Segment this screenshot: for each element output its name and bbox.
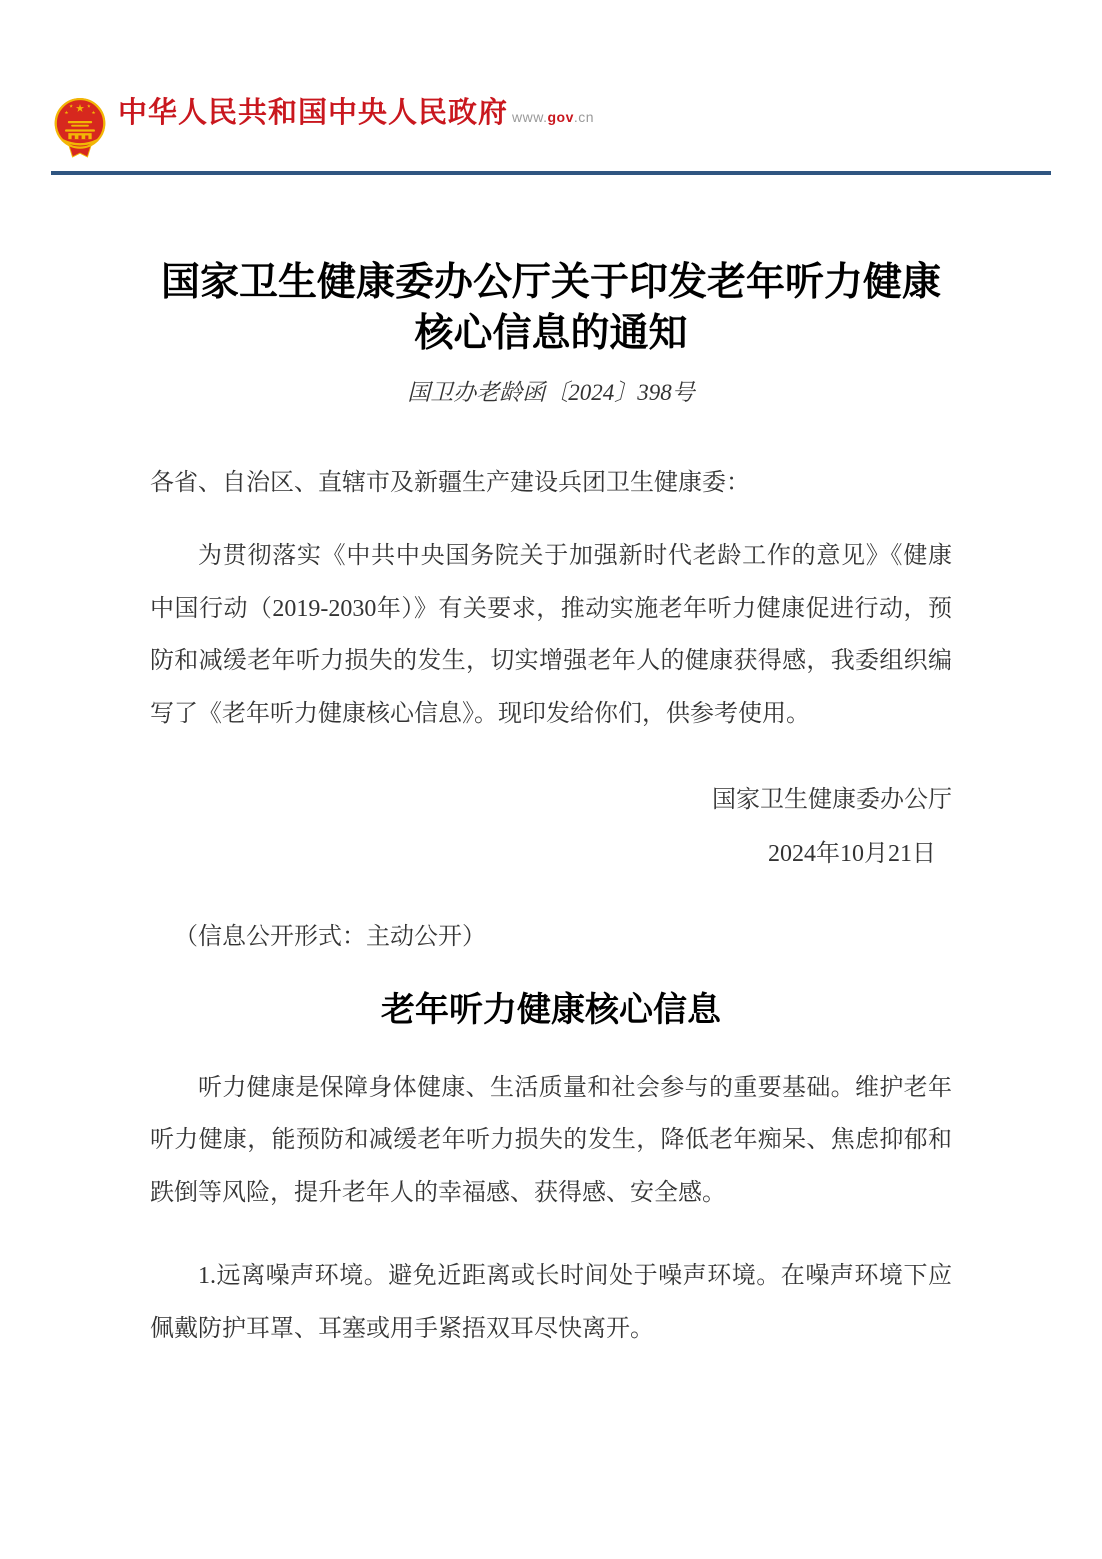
header-divider-line — [51, 171, 1051, 175]
site-name: 中华人民共和国中央人民政府 — [118, 97, 508, 129]
gov-home-link[interactable]: 中华人民共和国中央人民政府 www.gov.cn — [52, 96, 1102, 165]
document-title: 国家卫生健康委办公厅关于印发老年听力健康 核心信息的通知 — [150, 257, 952, 360]
china-national-emblem-icon — [52, 96, 108, 165]
document-number: 国卫办老龄函〔2024〕398号 — [150, 374, 952, 407]
salutation: 各省、自治区、直辖市及新疆生产建设兵团卫生健康委： — [150, 457, 952, 510]
disclosure-note: （信息公开形式：主动公开） — [150, 911, 952, 964]
signature-block: 国家卫生健康委办公厅 2024年10月21日 — [150, 773, 952, 881]
signature-date: 2024年10月21日 — [150, 827, 952, 881]
site-header: 中华人民共和国中央人民政府 www.gov.cn — [0, 0, 1102, 165]
document-title-line1: 国家卫生健康委办公厅关于印发老年听力健康 — [150, 257, 952, 308]
section-title: 老年听力健康核心信息 — [150, 988, 952, 1034]
section-paragraph: 听力健康是保障身体健康、生活质量和社会参与的重要基础。维护老年听力健康，能预防和… — [150, 1062, 952, 1220]
signer-name: 国家卫生健康委办公厅 — [150, 773, 952, 827]
brand-text: 中华人民共和国中央人民政府 www.gov.cn — [118, 96, 594, 130]
document-body: 国家卫生健康委办公厅关于印发老年听力健康 核心信息的通知 国卫办老龄函〔2024… — [150, 257, 952, 1356]
body-paragraph: 为贯彻落实《中共中央国务院关于加强新时代老龄工作的意见》《健康中国行动（2019… — [150, 530, 952, 741]
url-gov: gov — [547, 109, 573, 125]
document-title-line2: 核心信息的通知 — [150, 308, 952, 359]
section-paragraph: 1.远离噪声环境。避免近距离或长时间处于噪声环境。在噪声环境下应佩戴防护耳罩、耳… — [150, 1250, 952, 1356]
url-cn: .cn — [574, 109, 594, 125]
site-url: www.gov.cn — [512, 109, 594, 125]
url-www: www. — [512, 109, 547, 125]
